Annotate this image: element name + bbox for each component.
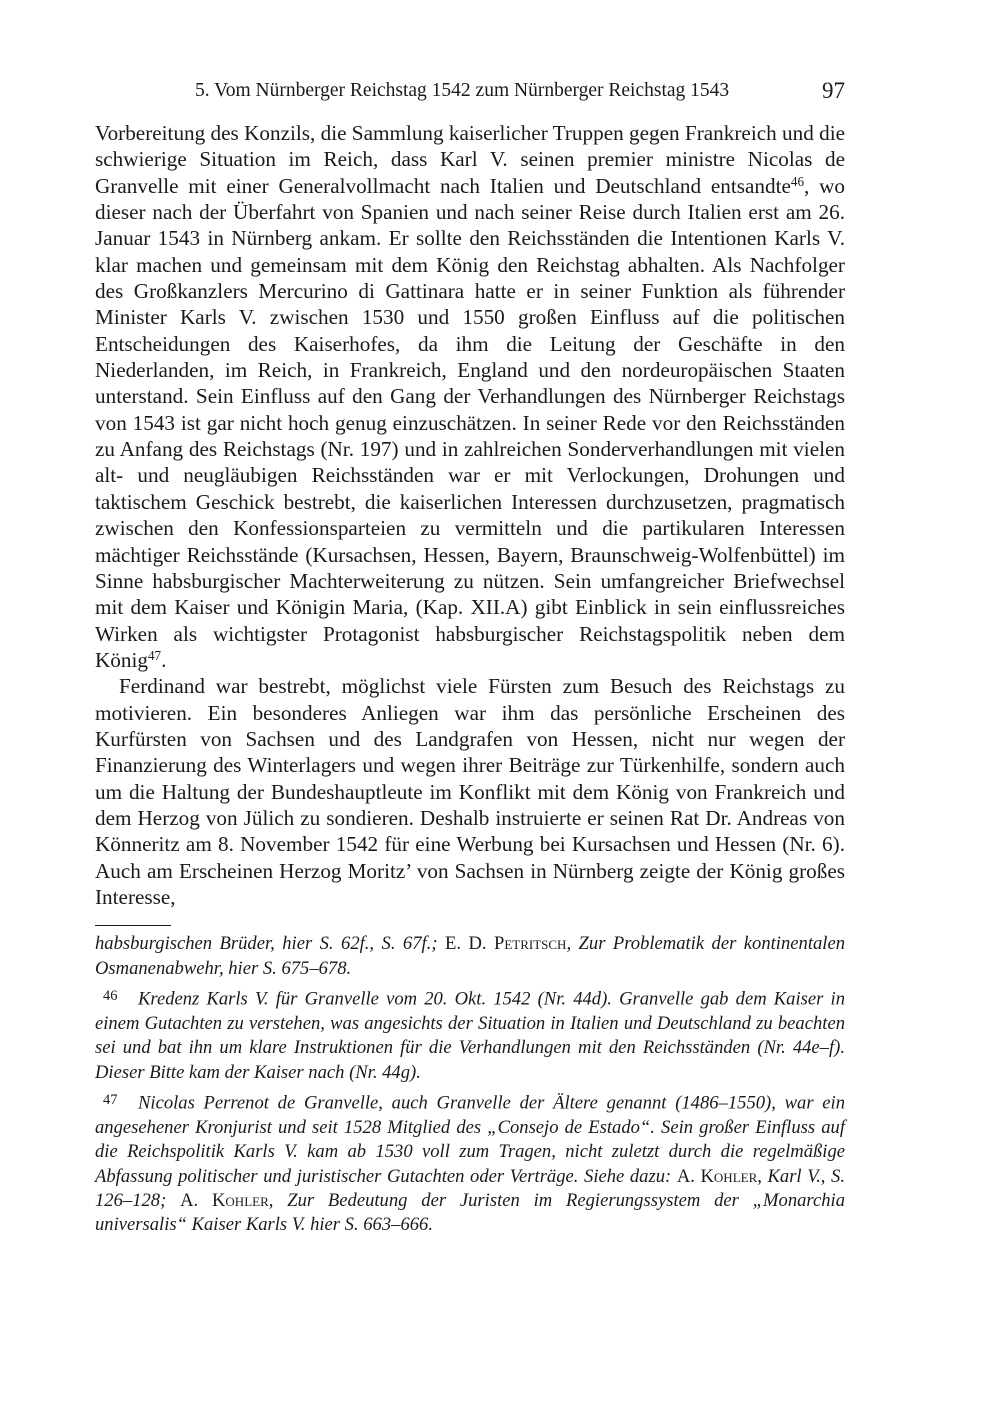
running-head: 5. Vom Nürnberger Reichstag 1542 zum Nür… <box>95 78 845 108</box>
main-text: Vorbereitung des Konzils, die Sammlung k… <box>95 120 845 910</box>
footnote-separator <box>95 925 171 926</box>
footnote-continuation: habsburgischen Brüder, hier S. 62f., S. … <box>95 932 845 981</box>
footnote-ref-46[interactable]: 46 <box>791 173 804 188</box>
author-name: A. Kohler <box>677 1166 757 1187</box>
footnote-number: 46 <box>95 984 138 1008</box>
footnote-47: 47Nicolas Perrenot de Granvelle, auch Gr… <box>95 1088 845 1238</box>
author-name: E. D. Petritsch <box>445 933 566 954</box>
book-page: 5. Vom Nürnberger Reichstag 1542 zum Nür… <box>95 78 845 1238</box>
page-number: 97 <box>822 78 845 104</box>
footnote-46: 46Kredenz Karls V. für Granvelle vom 20.… <box>95 984 845 1085</box>
chapter-title: 5. Vom Nürnberger Reichstag 1542 zum Nür… <box>195 80 729 102</box>
footnote-ref-47[interactable]: 47 <box>148 648 161 663</box>
footnotes: habsburgischen Brüder, hier S. 62f., S. … <box>95 932 845 1238</box>
paragraph-1: Vorbereitung des Konzils, die Sammlung k… <box>95 120 845 673</box>
paragraph-2: Ferdinand war bestrebt, möglichst viele … <box>95 673 845 910</box>
author-name: A. Kohler <box>180 1190 269 1211</box>
footnote-number: 47 <box>95 1088 138 1112</box>
